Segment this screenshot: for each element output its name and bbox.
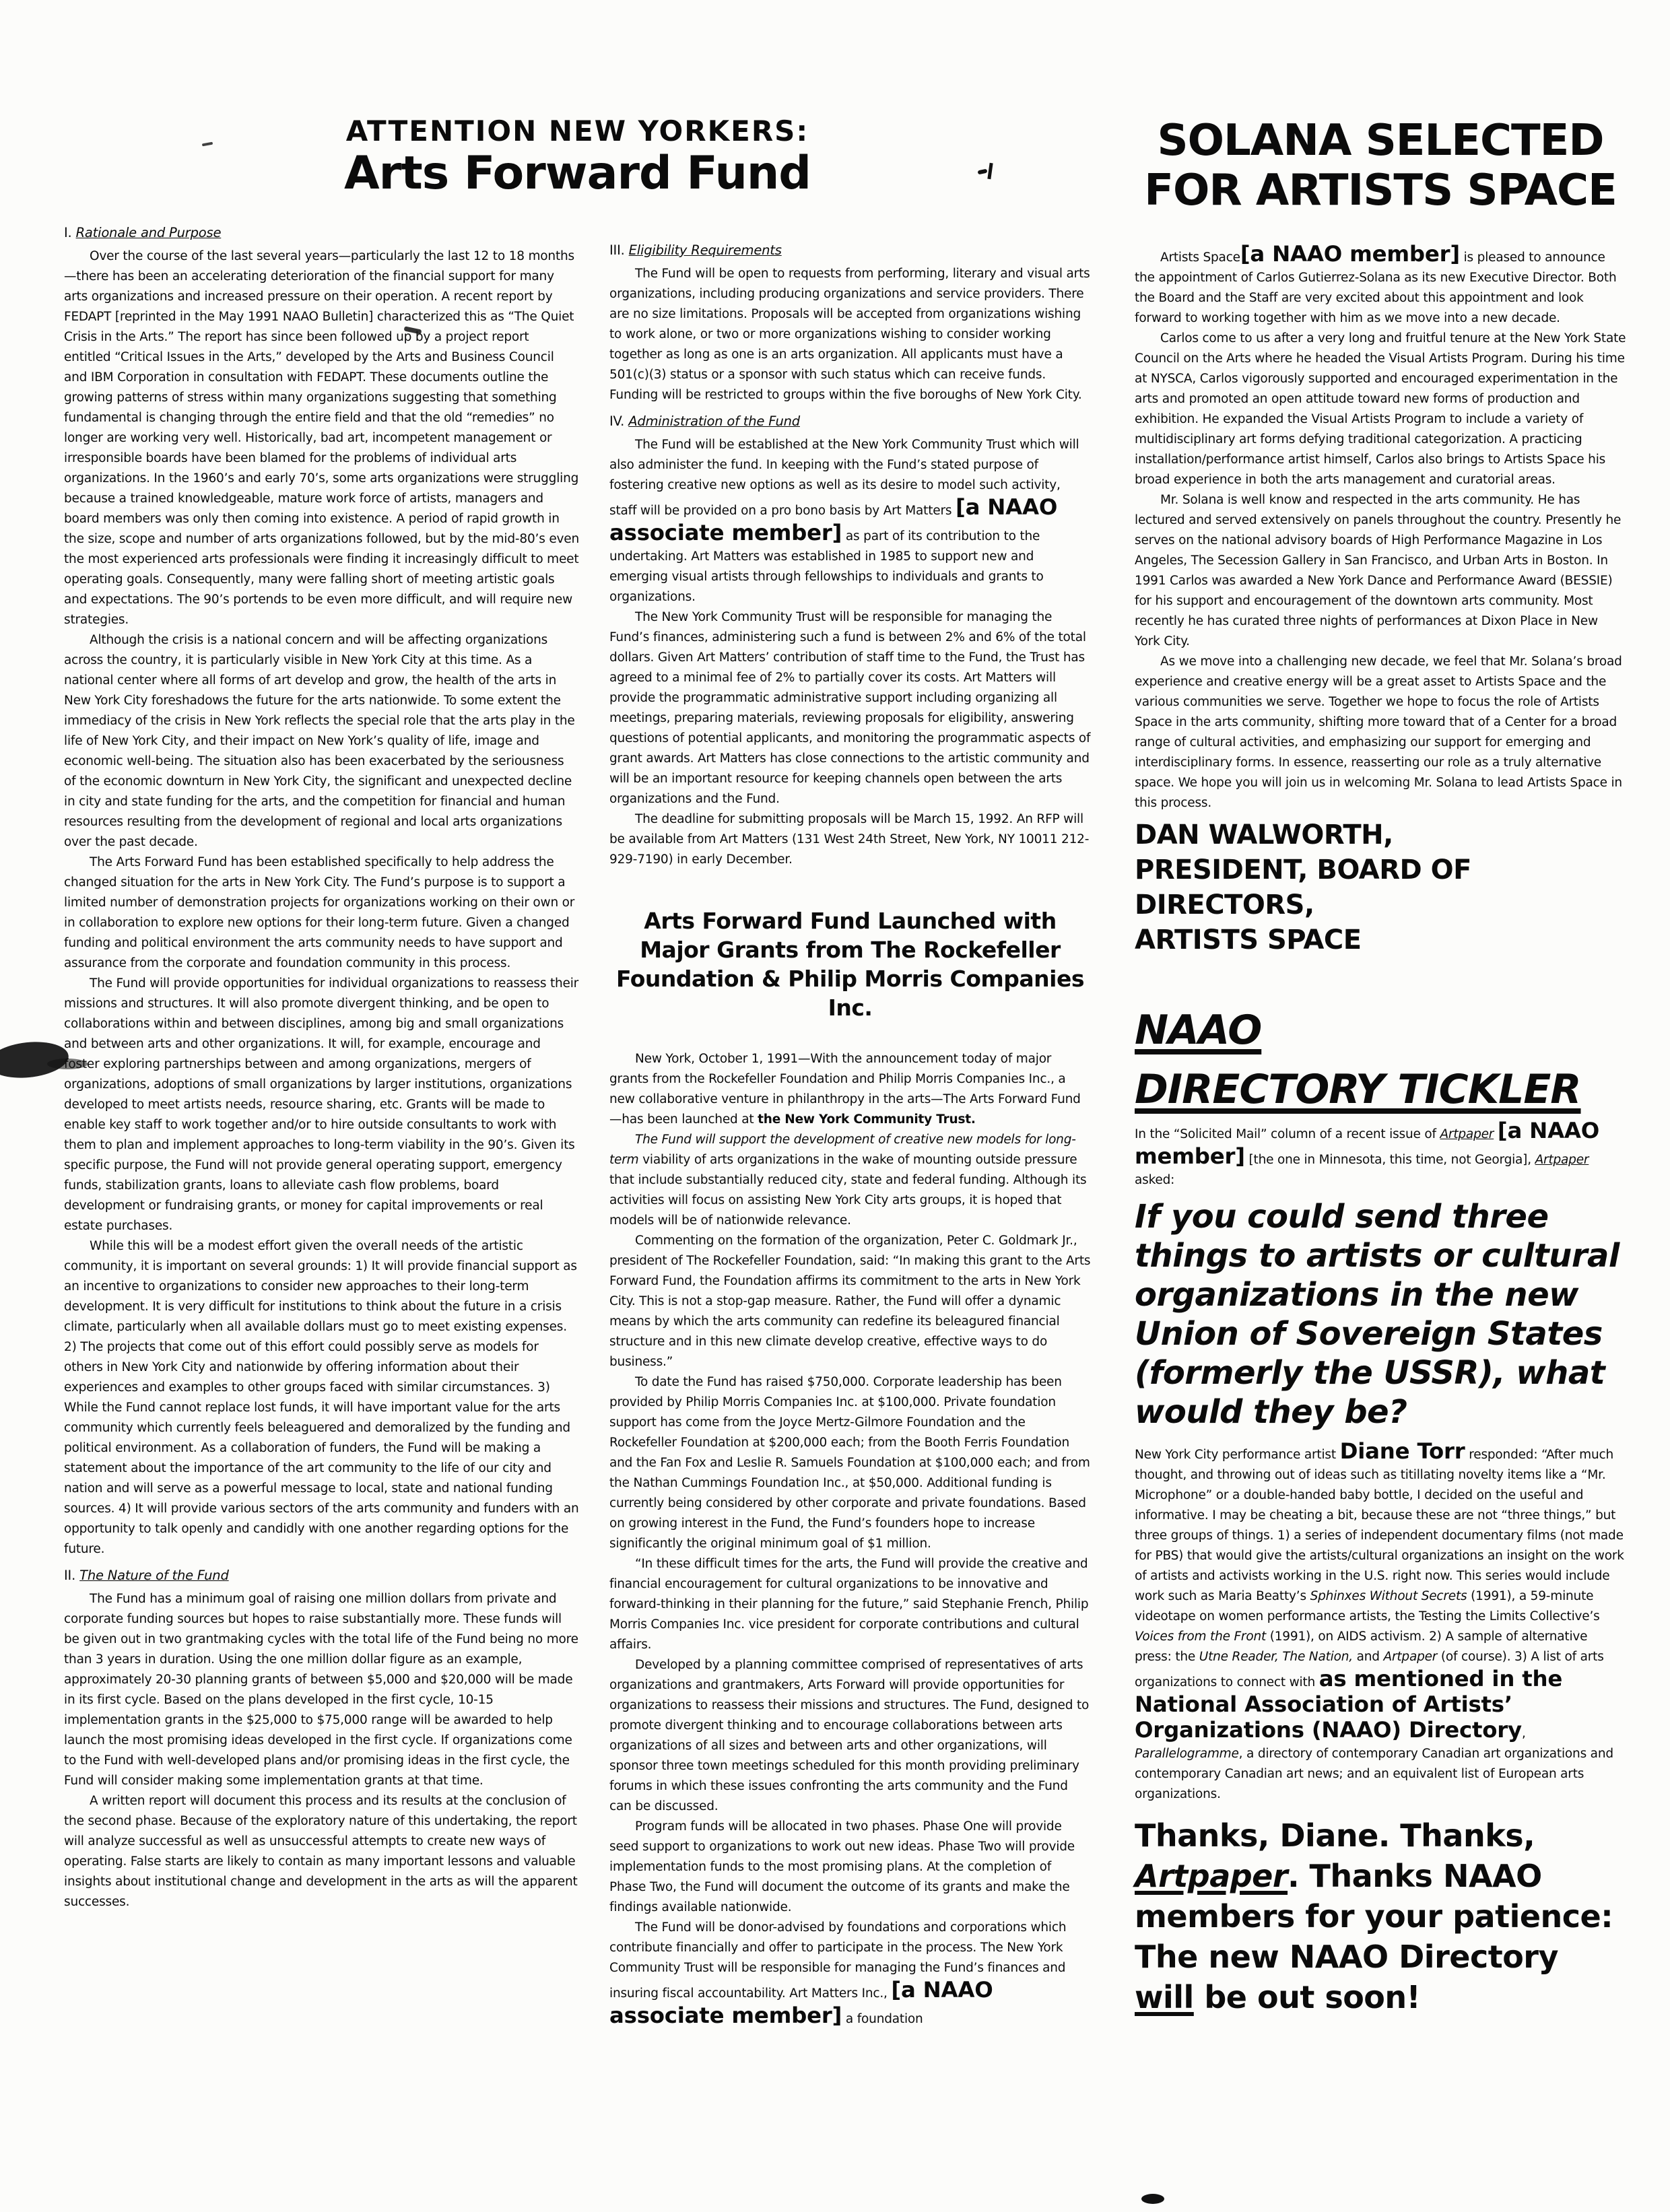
paragraph: The Arts Forward Fund has been establish… bbox=[64, 852, 579, 974]
article-headline: DIRECTORY TICKLER bbox=[1135, 1060, 1626, 1119]
column-right: SOLANA SELECTED FOR ARTISTS SPACEArtists… bbox=[1135, 116, 1626, 2017]
section-heading: II. The Nature of the Fund bbox=[64, 1565, 579, 1586]
section-heading: I. Rationale and Purpose bbox=[64, 222, 579, 244]
paragraph: New York, October 1, 1991—With the annou… bbox=[609, 1049, 1091, 1130]
section-heading: III. Eligibility Requirements bbox=[609, 240, 1091, 261]
signature-line: ARTISTS SPACE bbox=[1135, 923, 1626, 958]
paragraph: Commenting on the formation of the organ… bbox=[609, 1231, 1091, 1372]
paragraph: Program funds will be allocated in two p… bbox=[609, 1817, 1091, 1918]
paragraph: As we move into a challenging new decade… bbox=[1135, 652, 1626, 813]
paragraph: The Fund will be established at the New … bbox=[609, 435, 1091, 607]
paragraph: The New York Community Trust will be res… bbox=[609, 607, 1091, 809]
paragraph: In the “Solicited Mail” column of a rece… bbox=[1135, 1119, 1626, 1191]
column-middle: III. Eligibility RequirementsThe Fund wi… bbox=[609, 217, 1091, 2030]
article-headline: SOLANA SELECTED FOR ARTISTS SPACE bbox=[1135, 116, 1626, 215]
paragraph: The Fund will provide opportunities for … bbox=[64, 974, 579, 1236]
closing-note: Thanks, Diane. Thanks, Artpaper. Thanks … bbox=[1135, 1815, 1626, 2017]
article-header: ATTENTION NEW YORKERS: Arts Forward Fund bbox=[64, 114, 1091, 199]
paragraph: The Fund will be donor-advised by founda… bbox=[609, 1918, 1091, 2030]
newsletter-page: ATTENTION NEW YORKERS: Arts Forward Fund… bbox=[0, 0, 1670, 2212]
paragraph: Mr. Solana is well know and respected in… bbox=[1135, 490, 1626, 652]
paragraph: “In these difficult times for the arts, … bbox=[609, 1554, 1091, 1655]
article-kicker: ATTENTION NEW YORKERS: bbox=[64, 114, 1091, 148]
paragraph: Although the crisis is a national concer… bbox=[64, 630, 579, 852]
paragraph: The Fund will support the development of… bbox=[609, 1130, 1091, 1231]
paragraph: The Fund has a minimum goal of raising o… bbox=[64, 1589, 579, 1791]
paragraph: A written report will document this proc… bbox=[64, 1791, 579, 1912]
two-column-body: I. Rationale and PurposeOver the course … bbox=[64, 217, 1091, 2030]
paragraph: While this will be a modest effort given… bbox=[64, 1236, 579, 1560]
pull-quote-question: If you could send three things to artist… bbox=[1135, 1197, 1626, 1432]
scan-artifact bbox=[1141, 2194, 1164, 2204]
paragraph: To date the Fund has raised $750,000. Co… bbox=[609, 1372, 1091, 1554]
article-headline: NAAO bbox=[1135, 1001, 1626, 1060]
scan-artifact bbox=[47, 1059, 88, 1069]
paragraph: Artists Space[a NAAO member] is pleased … bbox=[1135, 242, 1626, 329]
column-left: I. Rationale and PurposeOver the course … bbox=[64, 217, 579, 1912]
paragraph: New York City performance artist Diane T… bbox=[1135, 1440, 1626, 1805]
signature-line: DAN WALWORTH, bbox=[1135, 817, 1626, 852]
paragraph: Over the course of the last several year… bbox=[64, 246, 579, 630]
paragraph: The Fund will be open to requests from p… bbox=[609, 264, 1091, 405]
section-heading: IV. Administration of the Fund bbox=[609, 411, 1091, 432]
signature-line: PRESIDENT, BOARD OF DIRECTORS, bbox=[1135, 852, 1626, 923]
paragraph: Developed by a planning committee compri… bbox=[609, 1655, 1091, 1817]
article-subheadline: Arts Forward Fund Launched with Major Gr… bbox=[613, 906, 1087, 1022]
arts-forward-fund-article: ATTENTION NEW YORKERS: Arts Forward Fund… bbox=[64, 114, 1091, 2030]
paragraph: Carlos come to us after a very long and … bbox=[1135, 329, 1626, 490]
paragraph: The deadline for submitting proposals wi… bbox=[609, 809, 1091, 870]
page-title: Arts Forward Fund bbox=[64, 148, 1091, 199]
